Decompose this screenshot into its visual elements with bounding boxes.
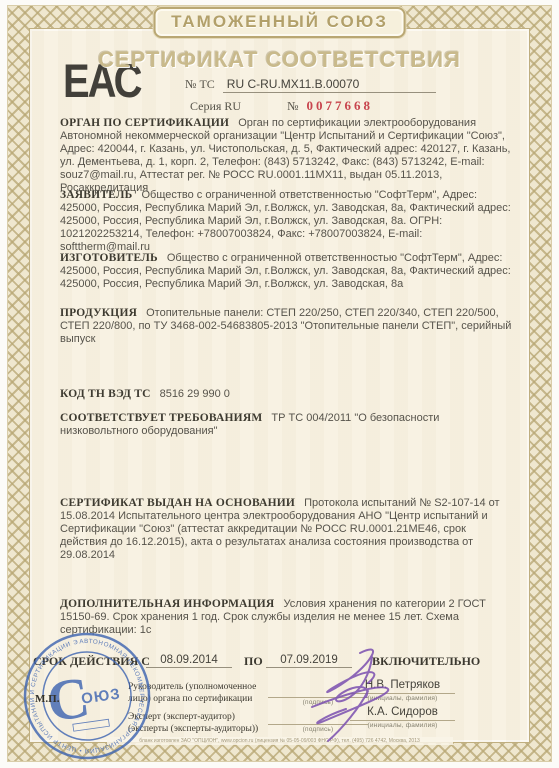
section-tnved-code: КОД ТН ВЭД ТС8516 29 990 0 [60, 388, 514, 401]
validity-from-date: 08.09.2014 [146, 654, 232, 668]
section-tnved-code-text: 8516 29 990 0 [160, 388, 230, 400]
section-certification-body: ОРГАН ПО СЕРТИФИКАЦИИОрган по сертификац… [60, 117, 514, 195]
section-certification-body-label: ОРГАН ПО СЕРТИФИКАЦИИ [60, 117, 229, 129]
series-number-sign: № [287, 99, 298, 113]
certificate: ТАМОЖЕННЫЙ СОЮЗ ЕАС СЕРТИФИКАТ СООТВЕТСТ… [0, 0, 559, 768]
certificate-number-label: № ТС [185, 77, 215, 91]
section-manufacturer-label: ИЗГОТОВИТЕЛЬ [60, 252, 158, 264]
customs-union-badge: ТАМОЖЕННЫЙ СОЮЗ [153, 7, 406, 38]
signature-scribble [272, 645, 432, 750]
stamp-place-label: М.П. [35, 693, 59, 705]
certificate-number-line: № ТСRU C-RU.MX11.B.00070 [185, 77, 436, 93]
series-number-value: 0077668 [307, 98, 374, 113]
series-label: Серия RU [190, 99, 241, 113]
section-applicant-label: ЗАЯВИТЕЛЬ [60, 189, 132, 201]
section-products-label: ПРОДУКЦИЯ [60, 307, 137, 319]
certificate-title: СЕРТИФИКАТ СООТВЕТСТВИЯ [0, 47, 559, 73]
section-applicant: ЗАЯВИТЕЛЬОбщество с ограниченной ответст… [60, 189, 514, 254]
section-additional-info-label: ДОПОЛНИТЕЛЬНАЯ ИНФОРМАЦИЯ [60, 598, 274, 610]
section-complies-with: СООТВЕТСТВУЕТ ТРЕБОВАНИЯМТР ТС 004/2011 … [60, 412, 514, 438]
section-tnved-code-label: КОД ТН ВЭД ТС [60, 388, 151, 400]
section-manufacturer: ИЗГОТОВИТЕЛЬОбщество с ограниченной отве… [60, 252, 514, 291]
section-complies-with-label: СООТВЕТСТВУЕТ ТРЕБОВАНИЯМ [60, 412, 262, 424]
section-issued-on-basis: СЕРТИФИКАТ ВЫДАН НА ОСНОВАНИИПротокола и… [60, 497, 514, 562]
section-products: ПРОДУКЦИЯОтопительные панели: СТЕП 220/2… [60, 307, 514, 346]
certificate-number-value: RU C-RU.MX11.B.00070 [223, 77, 436, 93]
section-issued-on-basis-label: СЕРТИФИКАТ ВЫДАН НА ОСНОВАНИИ [60, 497, 295, 509]
customs-union-badge-label: ТАМОЖЕННЫЙ СОЮЗ [171, 12, 388, 31]
series-line: Серия RU№0077668 [190, 98, 373, 114]
validity-to-label: ПО [244, 654, 263, 669]
